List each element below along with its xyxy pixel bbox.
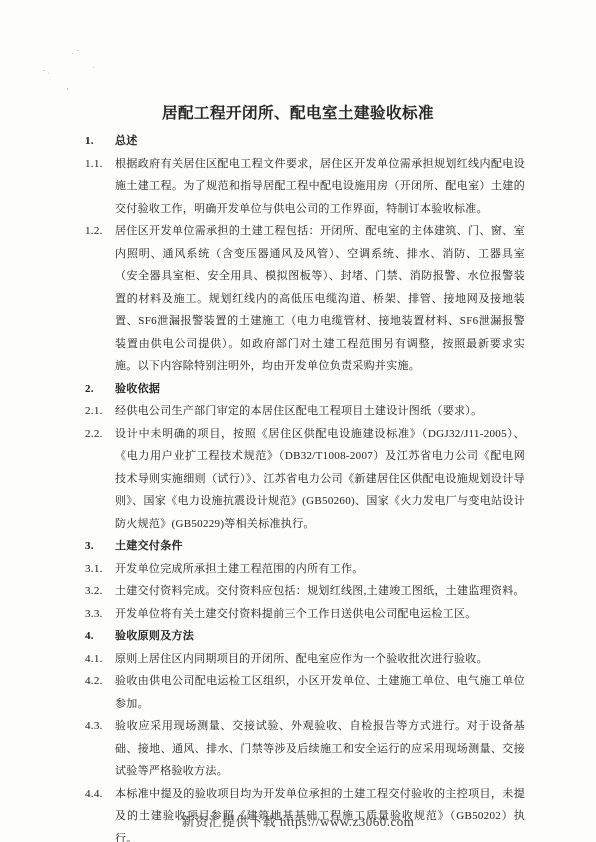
clause-2-2: 2.2. 设计中未明确的项目，按照《居住区供配电设施建设标准》（DGJ32/J1… (85, 423, 525, 536)
section-number: 3. (85, 535, 115, 558)
footer-watermark: 新资汇提供下载 https://www.z3060.com (0, 813, 596, 831)
scan-speck (72, 53, 73, 54)
section-number: 1. (85, 130, 115, 153)
clause-text: 开发单位将有关土建交付资料提前三个工作日送供电公司配电运检工区。 (115, 603, 525, 626)
clause-2-1: 2.1. 经供电公司生产部门审定的本居住区配电工程项目土建设计图纸（要求）。 (85, 400, 525, 423)
document-title: 居配工程开闭所、配电室土建验收标准 (0, 101, 596, 123)
clause-number: 3.3. (85, 603, 115, 626)
clause-text: 设计中未明确的项目，按照《居住区供配电设施建设标准》（DGJ32/J11-200… (115, 423, 525, 536)
scan-speck (93, 67, 94, 68)
section-title: 土建交付条件 (115, 535, 525, 558)
scan-speck (67, 88, 68, 90)
clause-3-3: 3.3. 开发单位将有关土建交付资料提前三个工作日送供电公司配电运检工区。 (85, 603, 525, 626)
clause-4-3: 4.3. 验收应采用现场测量、交接试验、外观验收、自检报告等方式进行。对于设备基… (85, 715, 525, 783)
clause-text: 根据政府有关居住区配电工程文件要求，居住区开发单位需承担规划红线内配电设施土建工… (115, 153, 525, 221)
clause-text: 验收由供电公司配电运检工区组织，小区开发单位、土建施工单位、电气施工单位参加。 (115, 670, 525, 715)
section-heading-3: 3. 土建交付条件 (85, 535, 525, 558)
scan-speck (77, 50, 79, 51)
clause-4-2: 4.2. 验收由供电公司配电运检工区组织，小区开发单位、土建施工单位、电气施工单… (85, 670, 525, 715)
clause-number: 4.3. (85, 715, 115, 783)
section-title: 验收原则及方法 (115, 625, 525, 648)
scan-speck (43, 70, 45, 71)
clause-number: 1.1. (85, 153, 115, 221)
section-number: 2. (85, 378, 115, 401)
clause-number: 1.2. (85, 220, 115, 378)
clause-4-1: 4.1. 原则上居住区内同期项目的开闭所、配电室应作为一个验收批次进行验收。 (85, 648, 525, 671)
section-title: 总述 (115, 130, 525, 153)
clause-text: 土建交付资料完成。交付资料应包括：规划红线图,土建竣工图纸，土建监理资料。 (115, 580, 525, 603)
clause-1-1: 1.1. 根据政府有关居住区配电工程文件要求，居住区开发单位需承担规划红线内配电… (85, 153, 525, 221)
clause-number: 3.2. (85, 580, 115, 603)
clause-text: 开发单位完成所承担土建工程范围的内所有工作。 (115, 558, 525, 581)
clause-3-1: 3.1. 开发单位完成所承担土建工程范围的内所有工作。 (85, 558, 525, 581)
clause-text: 验收应采用现场测量、交接试验、外观验收、自检报告等方式进行。对于设备基础、接地、… (115, 715, 525, 783)
scanned-document-page: 居配工程开闭所、配电室土建验收标准 1. 总述 1.1. 根据政府有关居住区配电… (0, 0, 596, 842)
section-heading-2: 2. 验收依据 (85, 378, 525, 401)
clause-text: 经供电公司生产部门审定的本居住区配电工程项目土建设计图纸（要求）。 (115, 400, 525, 423)
document-body: 1. 总述 1.1. 根据政府有关居住区配电工程文件要求，居住区开发单位需承担规… (85, 130, 525, 842)
clause-text: 原则上居住区内同期项目的开闭所、配电室应作为一个验收批次进行验收。 (115, 648, 525, 671)
section-number: 4. (85, 625, 115, 648)
clause-number: 2.2. (85, 423, 115, 536)
clause-3-2: 3.2. 土建交付资料完成。交付资料应包括：规划红线图,土建竣工图纸，土建监理资… (85, 580, 525, 603)
scan-speck (48, 73, 49, 74)
clause-text: 居住区开发单位需承担的土建工程包括：开闭所、配电室的主体建筑、门、窗、室内照明、… (115, 220, 525, 378)
section-heading-1: 1. 总述 (85, 130, 525, 153)
section-heading-4: 4. 验收原则及方法 (85, 625, 525, 648)
clause-number: 4.2. (85, 670, 115, 715)
clause-number: 4.1. (85, 648, 115, 671)
clause-number: 3.1. (85, 558, 115, 581)
clause-number: 2.1. (85, 400, 115, 423)
clause-1-2: 1.2. 居住区开发单位需承担的土建工程包括：开闭所、配电室的主体建筑、门、窗、… (85, 220, 525, 378)
section-title: 验收依据 (115, 378, 525, 401)
